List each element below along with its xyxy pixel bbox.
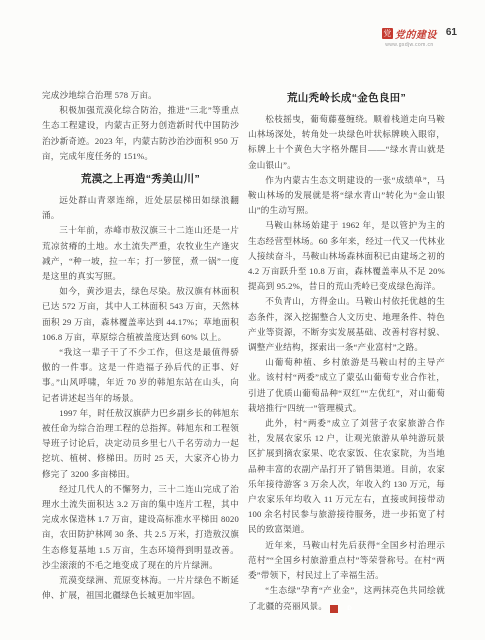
paragraph: 远处群山青翠连绵，近处层层梯田如绿浪翻涌。 <box>42 193 239 223</box>
brand: 党 党的建设 www.gsdjw.com.cn <box>382 26 437 48</box>
paragraph: 不负青山，方得金山。马鞍山村依托优越的生态条件，深入挖掘整合人文历史、地理条件、… <box>248 294 445 355</box>
magazine-page: 党 党的建设 www.gsdjw.com.cn 61 完成沙地综合治理 578 … <box>0 0 485 640</box>
right-article-body: 松枝摇曳，葡萄藤蔓缠绕。顺着栈道走向马鞍山林场深处，转角处一块绿色叶状标牌映入眼… <box>248 112 445 583</box>
paragraph: 三十年前，赤峰市敖汉旗三十二连山还是一片荒凉贫瘠的土地。水土流失严重，农牧业生产… <box>42 223 239 284</box>
paragraph: 此外，村“两委”成立了刘营子农家旅游合作社，发展农家乐 12 户，让观光旅游从单… <box>248 416 445 538</box>
paragraph: 荒漠变绿洲、荒原变林海。一片片绿色不断延伸、扩展，祖国北疆绿色长城更加牢固。 <box>42 573 239 603</box>
paragraph: 作为内蒙古生态文明建设的一张“成绩单”，马鞍山林场的发展就是将“绿水青山”转化为… <box>248 173 445 219</box>
paragraph: 马鞍山林场始建于 1962 年，是以管护为主的生态经营型林场。60 多年来，经过… <box>248 218 445 294</box>
paragraph: 积极加强荒漠化综合防治，推进“三北”等重点生态工程建设，内蒙古正努力创造新时代中… <box>42 103 239 164</box>
brand-seal-icon: 党 <box>382 28 393 39</box>
brand-website: www.gsdjw.com.cn <box>385 42 433 48</box>
intro-paragraphs: 完成沙地综合治理 578 万亩。积极加强荒漠化综合防治，推进“三北”等重点生态工… <box>42 88 239 164</box>
brand-logo: 党 党的建设 <box>382 26 437 41</box>
paragraph: 经过几代人的不懈努力，三十二连山完成了治理水土流失面积达 3.2 万亩的集中连片… <box>42 482 239 573</box>
right-column: 荒山秃岭长成“金色良田” 松枝摇曳，葡萄藤蔓缠绕。顺着栈道走向马鞍山林场深处，转… <box>248 88 445 614</box>
left-article-title: 荒漠之上再造“秀美山川” <box>42 171 239 186</box>
left-article-body: 远处群山青翠连绵，近处层层梯田如绿浪翻涌。三十年前，赤峰市敖汉旗三十二连山还是一… <box>42 193 239 603</box>
paragraph: “我这一辈子干了不少工作，但这是最值得骄傲的一件事。这是一件造福子孙后代的正事、… <box>42 345 239 406</box>
paragraph: 完成沙地综合治理 578 万亩。 <box>42 88 239 103</box>
article-columns: 完成沙地综合治理 578 万亩。积极加强荒漠化综合防治，推进“三北”等重点生态工… <box>42 88 445 614</box>
paragraph: 1997 年，时任敖汉旗萨力巴乡副乡长的韩旭东被任命为综合治理工程的总指挥。韩旭… <box>42 406 239 482</box>
paragraph: 近年来，马鞍山村先后获得“全国乡村治理示范村”“全国乡村旅游重点村”等荣誉称号。… <box>248 538 445 584</box>
right-article-title: 荒山秃岭长成“金色良田” <box>248 90 445 105</box>
paragraph: 山葡萄种植、乡村旅游是马鞍山村的主导产业。该村村“两委”成立了蒙弘山葡萄专业合作… <box>248 355 445 416</box>
article-end-mark-icon: D <box>330 605 338 613</box>
brand-name: 党的建设 <box>395 26 437 41</box>
page-header: 党 党的建设 www.gsdjw.com.cn 61 <box>382 26 457 48</box>
paragraph: 如今，黄沙退去，绿色尽染。敖汉旗有林面积已达 572 万亩，其中人工林面积 54… <box>42 284 239 345</box>
page-number: 61 <box>446 27 457 38</box>
left-column: 完成沙地综合治理 578 万亩。积极加强荒漠化综合防治，推进“三北”等重点生态工… <box>42 88 239 614</box>
closing-paragraph: “生态绿”孕育“产业金”，这两抹亮色共同绘就了北疆的亮丽风景。D <box>248 583 445 613</box>
paragraph: 松枝摇曳，葡萄藤蔓缠绕。顺着栈道走向马鞍山林场深处，转角处一块绿色叶状标牌映入眼… <box>248 112 445 173</box>
